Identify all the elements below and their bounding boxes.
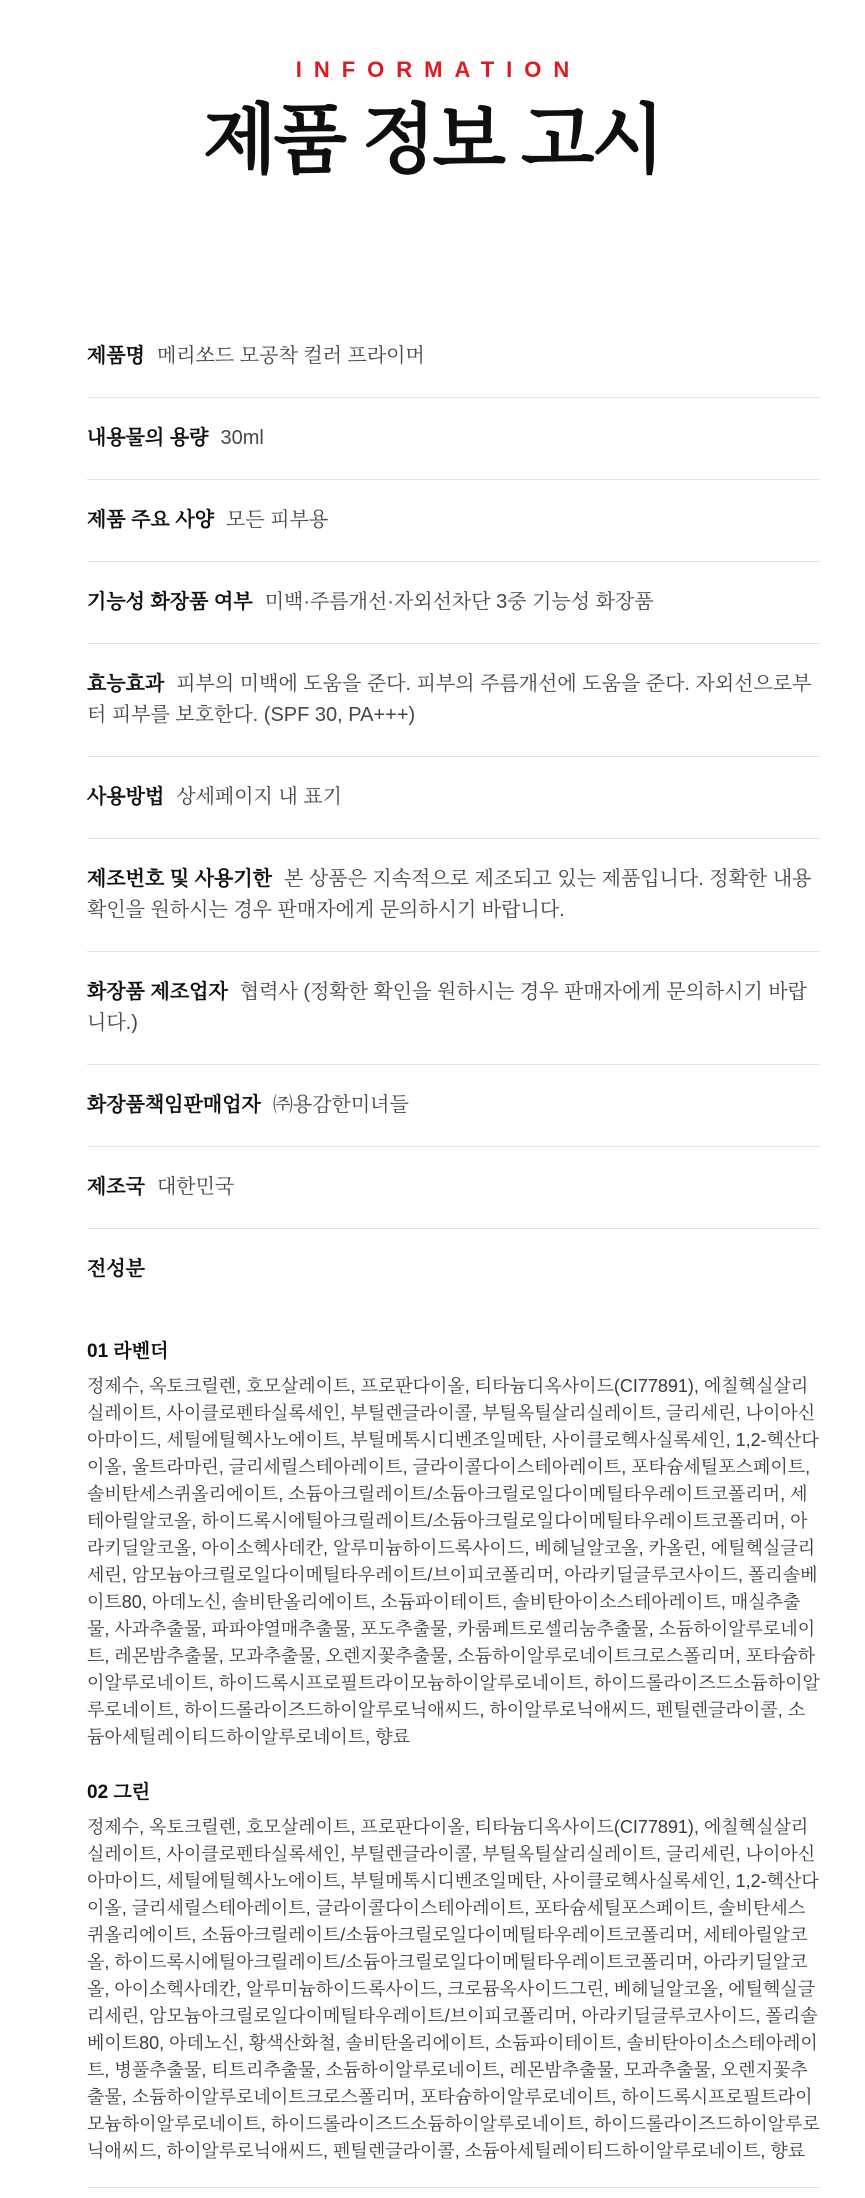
ingredients-label: 전성분 (87, 1258, 145, 1280)
info-label: 내용물의 용량 (87, 427, 208, 449)
info-row-lot-expiry: 제조번호 및 사용기한본 상품은 지속적으로 제조되고 있는 제품입니다. 정확… (87, 839, 820, 952)
info-label: 제조번호 및 사용기한 (87, 868, 272, 890)
info-value: 30ml (220, 427, 263, 449)
product-information-page: INFORMATION 제품 정보 고시 제품명메리쏘드 모공착 컬러 프라이머… (0, 0, 865, 2198)
ingredients-section-heading: 전성분 (87, 1229, 820, 1310)
info-row-country-of-origin: 제조국대한민국 (87, 1147, 820, 1229)
info-value: 피부의 미백에 도움을 준다. 피부의 주름개선에 도움을 준다. 자외선으로부… (87, 673, 811, 726)
info-table: 제품명메리쏘드 모공착 컬러 프라이머 내용물의 용량30ml 제품 주요 사양… (87, 316, 820, 2188)
info-row-responsible-seller: 화장품책임판매업자㈜용감한미녀들 (87, 1065, 820, 1147)
info-label: 효능효과 (87, 673, 164, 695)
ingredient-variant-lavender: 01 라벤더 정제수, 옥토크릴렌, 호모살레이트, 프로판다이올, 티타늄디옥… (87, 1336, 820, 1751)
info-value: 모든 피부용 (226, 509, 328, 531)
variant-ingredient-list: 정제수, 옥토크릴렌, 호모살레이트, 프로판다이올, 티타늄디옥사이드(CI7… (87, 1373, 820, 1751)
page-header: INFORMATION 제품 정보 고시 (0, 0, 865, 183)
ingredient-variant-green: 02 그린 정제수, 옥토크릴렌, 호모살레이트, 프로판다이올, 티타늄디옥사… (87, 1777, 820, 2165)
info-row-usage: 사용방법상세페이지 내 표기 (87, 757, 820, 839)
info-value: 상세페이지 내 표기 (176, 786, 342, 808)
info-label: 제조국 (87, 1176, 145, 1198)
info-row-volume: 내용물의 용량30ml (87, 398, 820, 480)
header-eyebrow: INFORMATION (0, 57, 865, 83)
info-value: 미백·주름개선·자외선차단 3중 기능성 화장품 (265, 591, 654, 613)
info-label: 화장품 제조업자 (87, 981, 228, 1003)
info-label: 제품명 (87, 345, 145, 367)
info-value: ㈜용감한미녀들 (273, 1094, 409, 1116)
info-row-product-name: 제품명메리쏘드 모공착 컬러 프라이머 (87, 316, 820, 398)
info-label: 화장품책임판매업자 (87, 1094, 261, 1116)
info-value: 대한민국 (157, 1176, 234, 1198)
info-label: 기능성 화장품 여부 (87, 591, 253, 613)
variant-ingredient-list: 정제수, 옥토크릴렌, 호모살레이트, 프로판다이올, 티타늄디옥사이드(CI7… (87, 1814, 820, 2165)
bottom-divider (87, 2187, 820, 2188)
page-title: 제품 정보 고시 (0, 99, 865, 183)
info-value: 메리쏘드 모공착 컬러 프라이머 (157, 345, 425, 367)
info-label: 제품 주요 사양 (87, 509, 214, 531)
info-row-efficacy: 효능효과피부의 미백에 도움을 준다. 피부의 주름개선에 도움을 준다. 자외… (87, 644, 820, 757)
info-row-functional-cosmetic: 기능성 화장품 여부미백·주름개선·자외선차단 3중 기능성 화장품 (87, 562, 820, 644)
info-label: 사용방법 (87, 786, 164, 808)
variant-name: 02 그린 (87, 1777, 820, 1804)
info-row-main-spec: 제품 주요 사양모든 피부용 (87, 480, 820, 562)
info-row-manufacturer: 화장품 제조업자협력사 (정확한 확인을 원하시는 경우 판매자에게 문의하시기… (87, 952, 820, 1065)
variant-name: 01 라벤더 (87, 1336, 820, 1363)
